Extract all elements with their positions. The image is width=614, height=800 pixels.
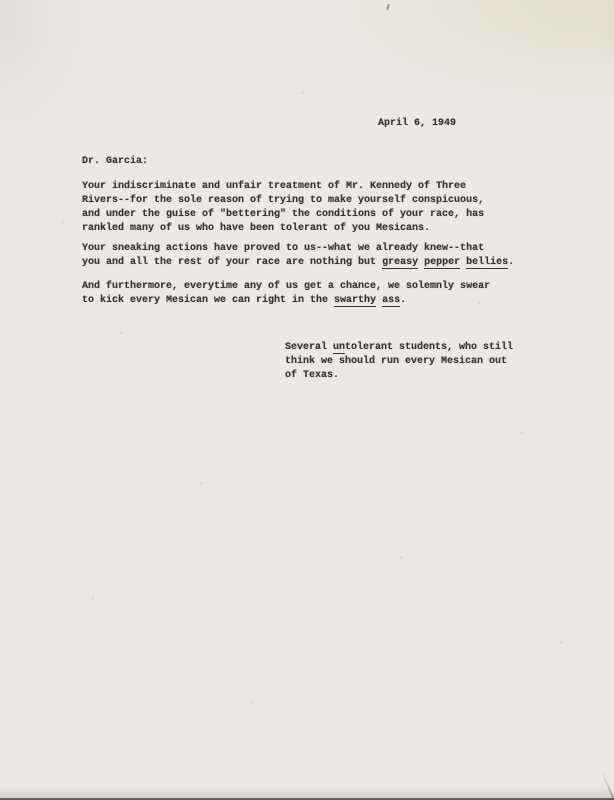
- text-line: Rivers--for the sole reason of trying to…: [82, 194, 484, 208]
- underlined-text-run: un: [333, 342, 345, 354]
- text-run: Rivers--for the sole reason of trying to…: [82, 195, 484, 206]
- text-run: .: [400, 295, 406, 306]
- underlined-text-run: greasy: [382, 257, 418, 269]
- text-line: think we should run every Mesican out: [285, 355, 513, 369]
- text-run: .: [508, 257, 514, 268]
- text-run: you and all the rest of your race are no…: [82, 257, 382, 268]
- text-line: you and all the rest of your race are no…: [82, 256, 514, 270]
- text-line: rankled many of us who have been toleran…: [82, 222, 484, 236]
- corner-crease-mark: [601, 771, 614, 800]
- text-run: And furthermore, everytime any of us get…: [82, 281, 490, 292]
- paragraph-1: Your indiscriminate and unfair treatment…: [82, 180, 484, 236]
- text-line: and under the guise of "bettering" the c…: [82, 208, 484, 222]
- text-line: Your indiscriminate and unfair treatment…: [82, 180, 484, 194]
- text-run: tolerant students, who still: [345, 342, 513, 353]
- text-line: of Texas.: [285, 369, 513, 383]
- paragraph-2: Your sneaking actions have proved to us-…: [82, 242, 514, 270]
- text-line: Several untolerant students, who still: [285, 341, 513, 355]
- signature-block: Several untolerant students, who stillth…: [285, 341, 513, 383]
- scan-tint-top-left: [0, 0, 90, 140]
- text-run: rankled many of us who have been toleran…: [82, 223, 430, 234]
- underlined-text-run: pepper: [424, 257, 460, 269]
- paper-specks: [0, 0, 1, 1]
- text-line: Your sneaking actions have proved to us-…: [82, 242, 514, 256]
- text-run: Your indiscriminate and unfair treatment…: [82, 181, 466, 192]
- paragraph-3: And furthermore, everytime any of us get…: [82, 280, 490, 308]
- underlined-text-run: swarthy: [334, 295, 376, 307]
- text-line: And furthermore, everytime any of us get…: [82, 280, 490, 294]
- scanned-letter-page: April 6, 1949 Dr. Garcia: Your indiscrim…: [0, 0, 614, 800]
- text-run: Several: [285, 342, 333, 353]
- scan-tint-top-right: [314, 0, 614, 110]
- letter-date: April 6, 1949: [378, 117, 456, 131]
- text-run: and under the guise of "bettering" the c…: [82, 209, 484, 220]
- scan-edge-shadow: [0, 786, 614, 800]
- text-line: to kick every Mesican we can right in th…: [82, 294, 490, 308]
- underlined-text-run: ass: [382, 295, 400, 307]
- text-run: to kick every Mesican we can right in th…: [82, 295, 334, 306]
- underlined-text-run: bellies: [466, 257, 508, 269]
- text-run: think we should run every Mesican out: [285, 356, 507, 367]
- salutation: Dr. Garcia:: [82, 155, 148, 169]
- text-run: of Texas.: [285, 370, 339, 381]
- stray-ink-mark: [386, 4, 390, 10]
- text-run: Your sneaking actions have proved to us-…: [82, 243, 484, 254]
